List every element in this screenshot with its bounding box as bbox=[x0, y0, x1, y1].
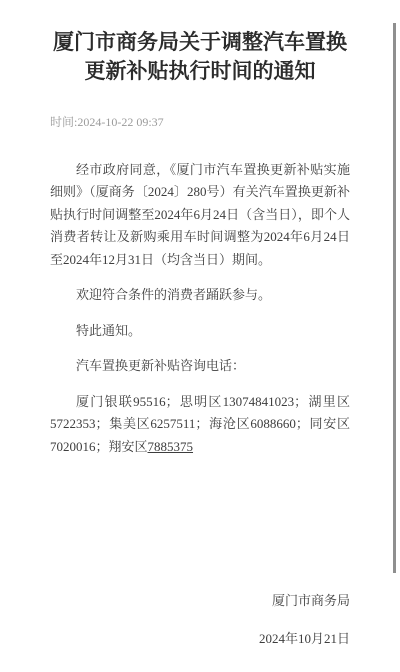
paragraph-welcome: 欢迎符合条件的消费者踊跃参与。 bbox=[50, 284, 350, 307]
issue-date: 2024年10月21日 bbox=[50, 628, 350, 651]
paragraph-adjustment-details: 经市政府同意，《厦门市汽车置换更新补贴实施细则》（厦商务〔2024〕280号）有… bbox=[50, 159, 350, 272]
page-title: 厦门市商务局关于调整汽车置换更新补贴执行时间的通知 bbox=[50, 28, 350, 87]
notice-footer: 厦门市商务局 2024年10月21日 bbox=[50, 590, 350, 650]
paragraph-phone-numbers: 厦门银联95516；思明区13074841023；湖里区5722353；集美区6… bbox=[50, 391, 350, 459]
phone-xiangan-link[interactable]: 7885375 bbox=[148, 439, 194, 454]
paragraph-hotline-intro: 汽车置换更新补贴咨询电话： bbox=[50, 355, 350, 378]
paragraph-hereby-notice: 特此通知。 bbox=[50, 320, 350, 343]
notice-page: 厦门市商务局关于调整汽车置换更新补贴执行时间的通知 时间:2024-10-22 … bbox=[0, 0, 400, 672]
scrollbar-thumb[interactable] bbox=[393, 23, 396, 573]
phone-numbers-text: 厦门银联95516；思明区13074841023；湖里区5722353；集美区6… bbox=[50, 394, 350, 454]
publish-timestamp: 时间:2024-10-22 09:37 bbox=[50, 113, 350, 130]
issuing-authority: 厦门市商务局 bbox=[50, 590, 350, 613]
